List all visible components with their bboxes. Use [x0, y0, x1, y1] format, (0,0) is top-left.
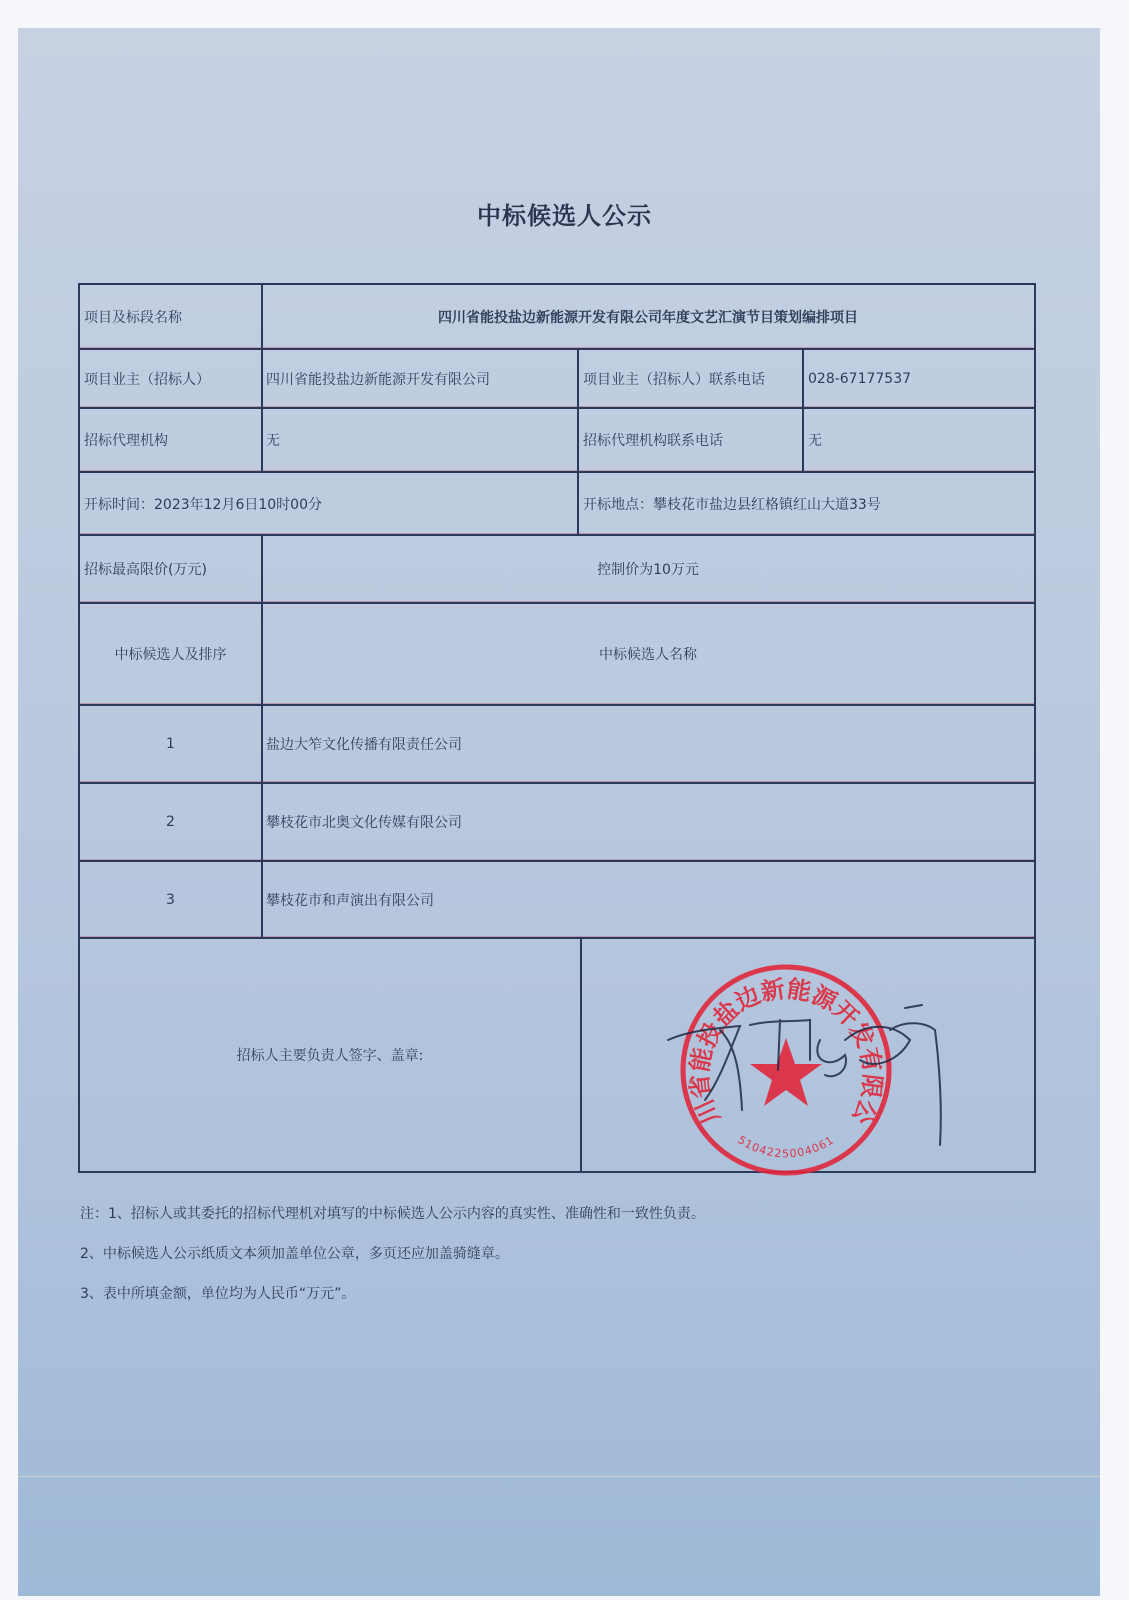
- agency-label: 招标代理机构: [84, 409, 260, 471]
- max-price-value: 控制价为10万元: [263, 536, 1033, 602]
- note-item: 注：1、招标人或其委托的招标代理机对填写的中标候选人公示内容的真实性、准确性和一…: [80, 1194, 705, 1234]
- handwritten-signature: [660, 1000, 950, 1160]
- owner-value: 四川省能投盐边新能源开发有限公司: [266, 350, 576, 407]
- scan-artifact-line: [18, 1476, 1100, 1477]
- candidate-name-header: 中标候选人名称: [263, 604, 1033, 704]
- candidate-name: 盐边大笮文化传播有限责任公司: [266, 706, 1026, 782]
- agency-value: 无: [266, 409, 576, 471]
- project-name-label: 项目及标段名称: [84, 285, 260, 348]
- note-item: 3、表中所填金额，单位均为人民币“万元”。: [80, 1274, 705, 1314]
- project-name-value: 四川省能投盐边新能源开发有限公司年度文艺汇演节目策划编排项目: [263, 285, 1033, 348]
- candidate-rank: 3: [80, 862, 261, 937]
- note-item: 2、中标候选人公示纸质文本须加盖单位公章，多页还应加盖骑缝章。: [80, 1234, 705, 1274]
- agency-phone-label: 招标代理机构联系电话: [583, 409, 801, 471]
- owner-label: 项目业主（招标人）: [84, 350, 260, 407]
- notes-section: 注：1、招标人或其委托的招标代理机对填写的中标候选人公示内容的真实性、准确性和一…: [80, 1194, 705, 1314]
- agency-phone-value: 无: [808, 409, 1028, 471]
- max-price-label: 招标最高限价(万元): [84, 536, 260, 602]
- candidate-rank: 2: [80, 784, 261, 860]
- owner-phone-value: 028-67177537: [808, 350, 1028, 407]
- opening-time: 开标时间：2023年12月6日10时00分: [84, 473, 574, 534]
- page-title: 中标候选人公示: [0, 196, 1129, 231]
- signature-label: 招标人主要负责人签字、盖章:: [80, 939, 580, 1171]
- owner-phone-label: 项目业主（招标人）联系电话: [583, 350, 801, 407]
- candidate-name: 攀枝花市北奥文化传媒有限公司: [266, 784, 1026, 860]
- candidate-rank-header: 中标候选人及排序: [80, 604, 261, 704]
- candidate-name: 攀枝花市和声演出有限公司: [266, 862, 1026, 937]
- candidate-rank: 1: [80, 706, 261, 782]
- opening-place: 开标地点：攀枝花市盐边县红格镇红山大道33号: [583, 473, 1033, 534]
